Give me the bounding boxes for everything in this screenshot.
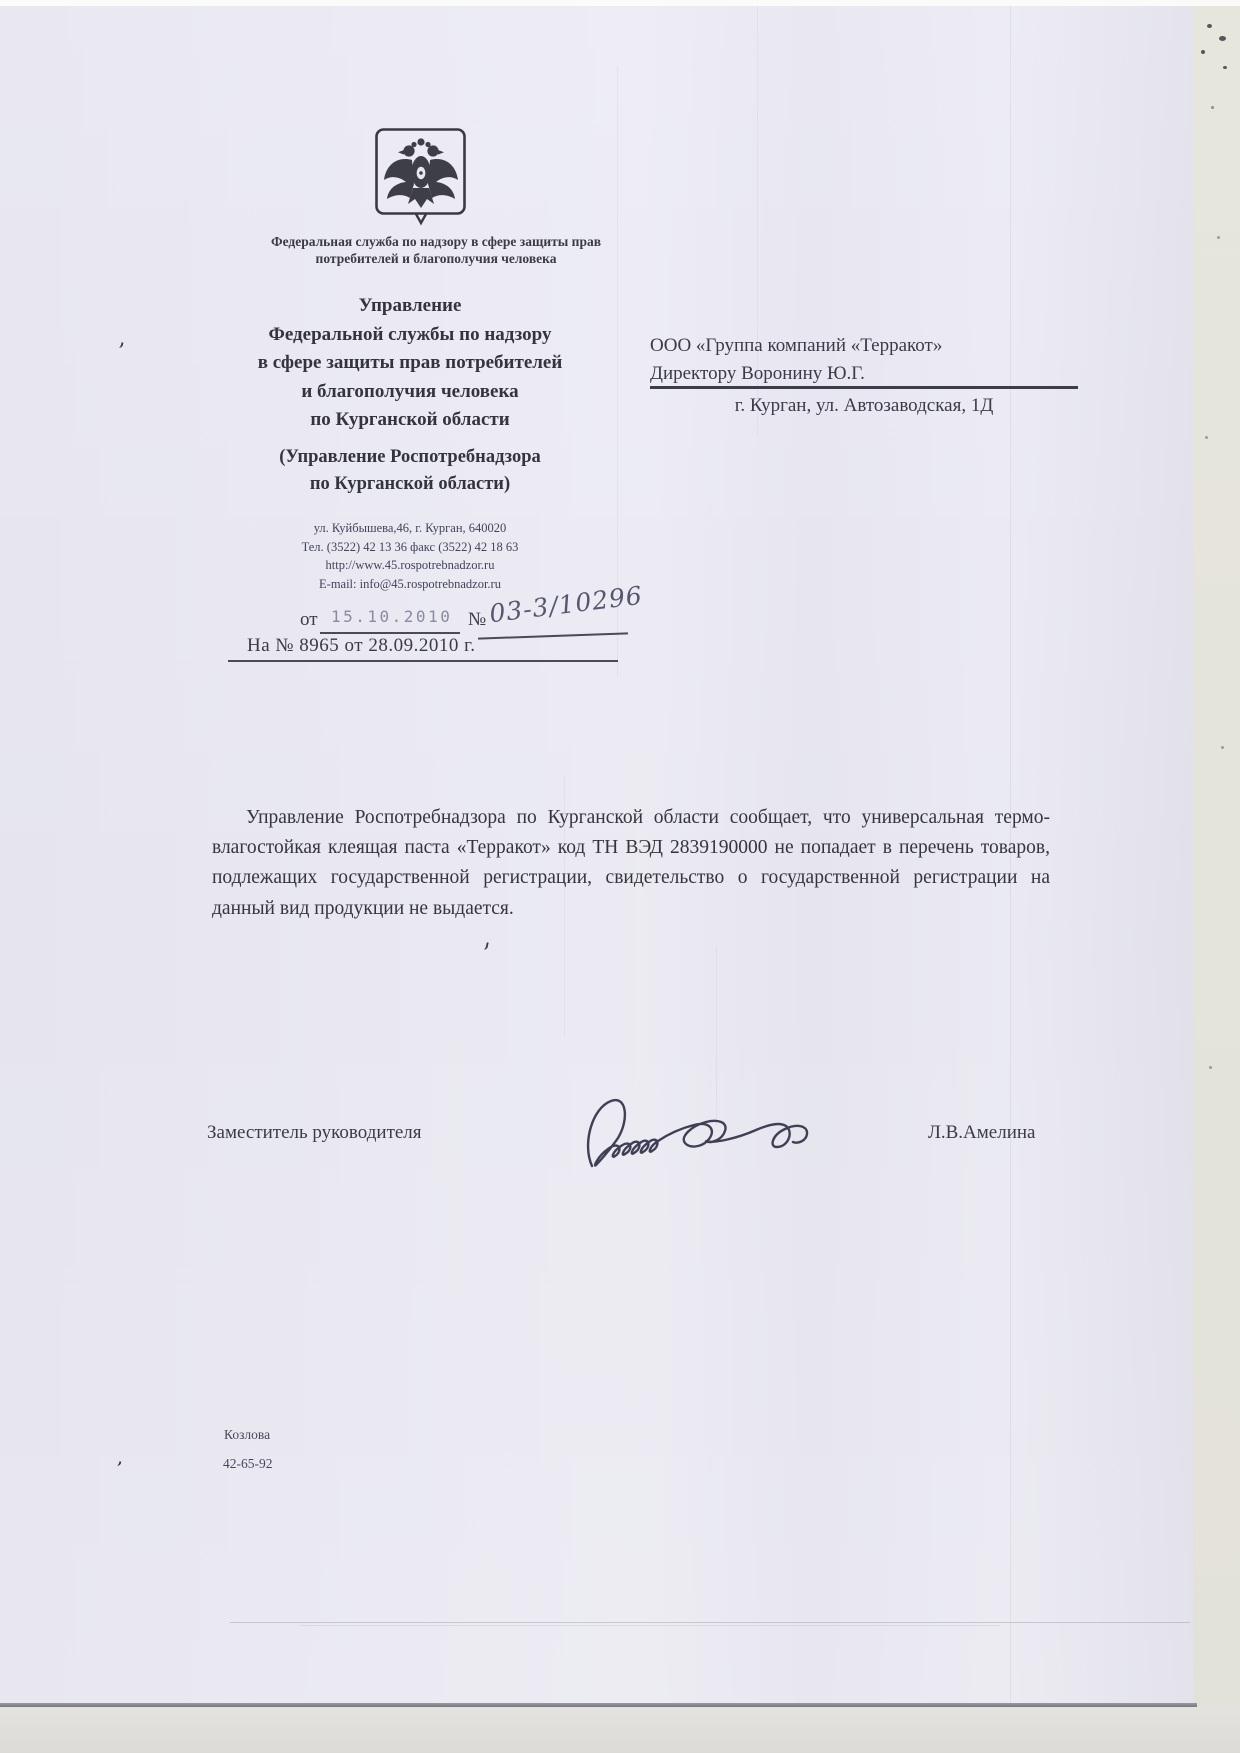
scanner-background	[0, 1707, 1240, 1753]
service-caption: Федеральная служба по надзору в сфере за…	[216, 233, 656, 267]
org-short-line2: по Курганской области)	[185, 471, 635, 498]
scan-edge-strip	[1193, 6, 1240, 1753]
contact-block: ул. Куйбышева,46, г. Курган, 640020 Тел.…	[185, 519, 635, 593]
website: http://www.45.rospotrebnadzor.ru	[185, 556, 635, 575]
ref-from-label: от	[300, 609, 318, 631]
scan-noise	[1209, 1066, 1212, 1069]
scan-mark	[482, 942, 489, 951]
ref-number-underline	[478, 632, 628, 639]
letter-paper: Федеральная служба по надзору в сфере за…	[0, 6, 1193, 1703]
executor-name: Козлова	[224, 1427, 270, 1443]
addressee-company: ООО «Группа компаний «Терракот»	[650, 332, 1078, 360]
fold-line	[564, 776, 565, 1036]
executor-phone: 42-65-92	[223, 1456, 273, 1472]
addressee-director: Директору Воронину Ю.Г.	[650, 360, 1078, 388]
signature-script	[578, 1092, 836, 1180]
org-name-line: Управление	[185, 292, 635, 321]
org-name-line: в сфере защиты прав потребителей	[185, 349, 635, 378]
scan-noise	[1221, 746, 1224, 749]
org-name-block: Управление Федеральной службы по надзору…	[185, 292, 635, 435]
scan-mark	[117, 342, 123, 349]
reply-reference-underline	[228, 660, 618, 662]
ref-date-stamp: 15.10.2010	[331, 607, 461, 626]
scan-noise	[1223, 66, 1227, 69]
scan-noise	[1205, 436, 1208, 439]
scan-noise	[1219, 36, 1226, 41]
scan-top-strip	[0, 0, 1240, 6]
org-short-line1: (Управление Роспотребнадзора	[185, 444, 635, 471]
wrinkle-line	[230, 1622, 1190, 1623]
body-paragraph: Управление Роспотребнадзора по Курганско…	[212, 803, 1050, 924]
reply-reference-line: На № 8965 от 28.09.2010 г.	[247, 635, 476, 657]
scan-noise	[1201, 50, 1205, 54]
org-name-line: и благополучия человека	[185, 378, 635, 407]
signer-title: Заместитель руководителя	[207, 1122, 422, 1144]
addressee-underline	[650, 386, 1078, 389]
fold-line	[716, 946, 717, 1126]
phone-fax: Тел. (3522) 42 13 36 факс (3522) 42 18 6…	[185, 538, 635, 557]
org-name-line: по Курганской области	[185, 406, 635, 435]
fold-line	[1010, 6, 1011, 1703]
fold-line	[757, 6, 758, 436]
fold-line	[617, 66, 618, 676]
service-caption-line2: потребителей и благополучия человека	[216, 250, 656, 267]
service-caption-line1: Федеральная служба по надзору в сфере за…	[216, 233, 656, 250]
scan-noise	[1217, 236, 1220, 239]
addressee-block: ООО «Группа компаний «Терракот» Директор…	[650, 332, 1078, 388]
scan-noise	[1211, 106, 1214, 109]
coat-of-arms-emblem	[374, 127, 468, 227]
wrinkle-line	[300, 1625, 1000, 1626]
ref-number-label: №	[468, 609, 486, 631]
scan-mark	[116, 1461, 122, 1467]
addressee-address: г. Курган, ул. Автозаводская, 1Д	[650, 392, 1078, 420]
org-name-line: Федеральной службы по надзору	[185, 321, 635, 350]
signer-name: Л.В.Амелина	[928, 1122, 1036, 1144]
org-short-name: (Управление Роспотребнадзора по Курганск…	[185, 444, 635, 498]
scan-noise	[1207, 24, 1212, 28]
postal-address: ул. Куйбышева,46, г. Курган, 640020	[185, 519, 635, 538]
ref-date-underline	[320, 632, 460, 634]
scanned-letter: Федеральная служба по надзору в сфере за…	[0, 0, 1240, 1753]
